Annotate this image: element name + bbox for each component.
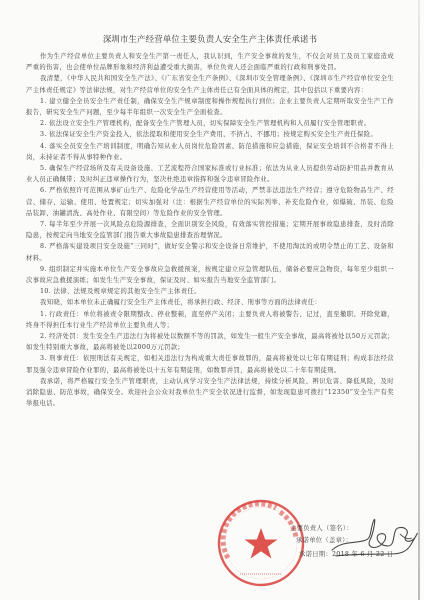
paragraph-item-7: 7. 每半年至少开展一次风险点危险源排查，全面识别安全风险，有效落实管控措施；定… — [26, 219, 394, 241]
paragraph-item-9: 9. 组织制定并实施本单位生产安全事故应急救援预案，按规定建立应急管理队伍，储备… — [26, 264, 394, 286]
paragraph-item-3: 3. 依法保证安全生产资金投入，依法提取和使用安全生产费用，不挤占、不挪用；按规… — [26, 129, 394, 140]
paragraph-item-2: 2. 依法设立安全生产管理机构，配备安全生产管理人员，切实保障安全生产管理机构和… — [26, 118, 394, 129]
paragraph-item-1: 1. 建立健全全员安全生产责任制，确保安全生产规章制度和操作规程执行到位；企业主… — [26, 96, 394, 118]
paragraph-liability-intro: 我知晓，如本单位未正确履行安全生产主体责任，将承担行政、经济、刑事等方面的法律责… — [26, 297, 394, 308]
document-title: 深圳市生产经营单位主要负责人安全生产主体责任承诺书 — [26, 33, 394, 45]
paragraph-item-10: 10. 法律、法规及规章规定的其他安全生产主体责任。 — [26, 286, 394, 297]
paragraph-item-4: 4. 落实全员安全生产培训制度，明确告知从业人员岗位危险因素、防范措施和应急措施… — [26, 141, 394, 163]
paragraph-item-8: 8. 严格落实建设项目安全设施“三同时”，做好安全警示和安全设备日常维护，不使用… — [26, 241, 394, 263]
seal-star-icon — [245, 528, 278, 559]
handwritten-signature — [330, 510, 424, 565]
document-page: 深圳市生产经营单位主要负责人安全生产主体责任承诺书 作为生产经营单位主要负责人和… — [26, 33, 394, 410]
paragraph-item-6: 6. 严格依照许可范围从事矿山生产、危险化学品生产经营使用等活动，严禁非法违法生… — [26, 185, 394, 219]
commitment-date-label: 承诺日期： — [299, 551, 332, 558]
paragraph-commitment: 我承诺，将严格履行安全生产管理职责，主动认真学习安全生产法律法规，持续分析风险、… — [26, 376, 394, 410]
paragraph-laws: 我清楚，《中华人民共和国安全生产法》、《广东省安全生产条例》、《深圳市安全管理条… — [26, 73, 394, 95]
paragraph-liability-admin: 1. 行政责任：单位将被责令限期整改、停业整顿，直至停产关闭；主要负责人将被警告… — [26, 309, 394, 331]
paragraph-liability-economic: 2. 经济处罚：发生安全生产违法行为将被处以数额不等的罚款，如发生一般生产安全事… — [26, 331, 394, 353]
paragraph-item-5: 5. 确保生产经营场所及有关设备设施、工艺流程符合国家标准或行业标准；依法为从业… — [26, 163, 394, 185]
paragraph-liability-criminal: 3. 刑事责任：依照刑法有关规定，如相关违法行为构成重大责任事故罪的，最高将被处… — [26, 353, 394, 375]
paragraph-intro: 作为生产经营单位主要负责人和安全生产第一责任人，我认识到，生产安全事故的发生，不… — [26, 51, 394, 73]
